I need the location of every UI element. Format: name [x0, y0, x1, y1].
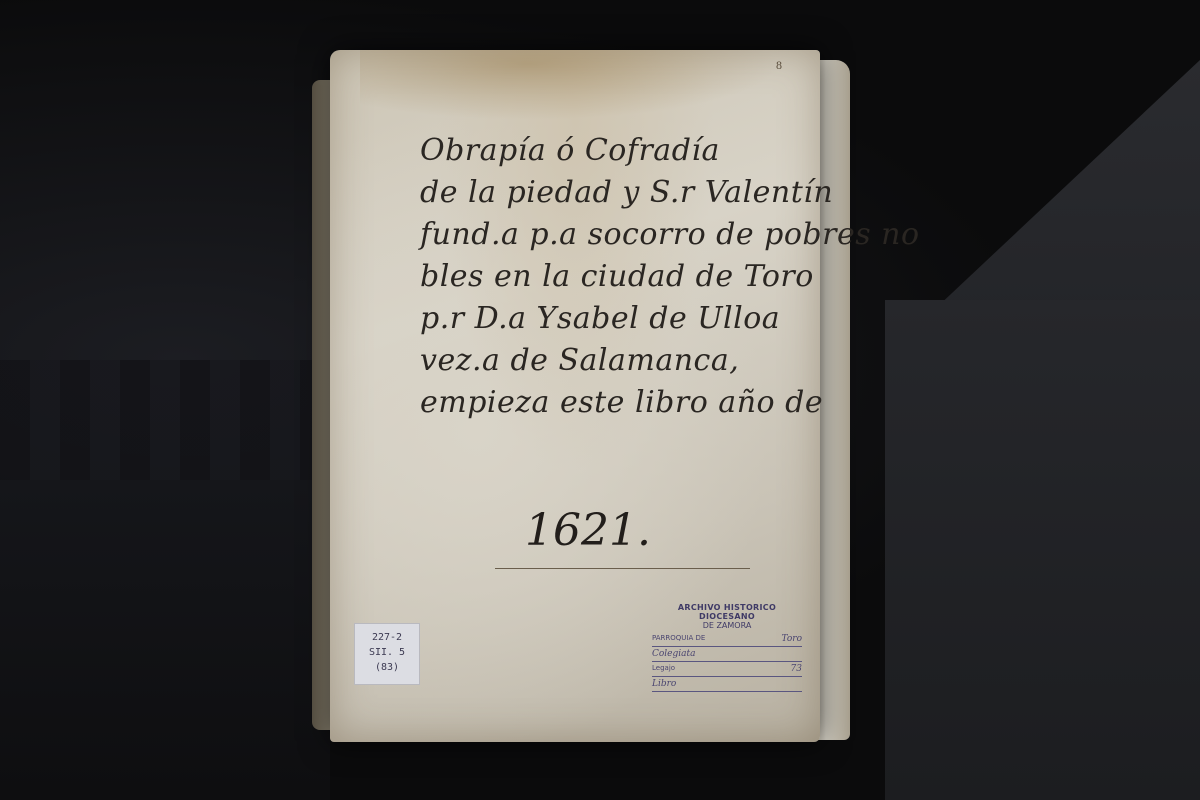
shelf-label-line: 227-2 — [355, 630, 419, 645]
shelf-label-line: SII. 5 — [355, 645, 419, 660]
manuscript-line: Obrapía ó Cofradía — [420, 130, 810, 172]
handwritten-title: Obrapía ó Cofradía de la piedad y S.r Va… — [420, 130, 810, 424]
stamp-row: PARROQUIA DE Toro — [652, 634, 802, 647]
stamp-row-value: Libro — [652, 679, 676, 691]
stamp-title: ARCHIVO HISTORICO DIOCESANO — [652, 603, 802, 621]
stamp-row-label: PARROQUIA DE — [652, 634, 705, 646]
underline-rule — [495, 568, 750, 569]
background-floor — [0, 480, 330, 800]
manuscript-line: de la piedad y S.r Valentín — [420, 172, 810, 214]
shelf-label-line: (83) — [355, 660, 419, 675]
manuscript-line: fund.a p.a socorro de pobres no — [420, 214, 810, 256]
archive-stamp: ARCHIVO HISTORICO DIOCESANO DE ZAMORA PA… — [652, 603, 802, 692]
folio-number: 8 — [776, 58, 782, 73]
stamp-row-value: 73 — [791, 664, 802, 676]
manuscript-line: p.r D.a Ysabel de Ulloa — [420, 298, 810, 340]
stamp-row-value: Toro — [782, 634, 802, 646]
manuscript-line: bles en la ciudad de Toro — [420, 256, 810, 298]
manuscript-line: empieza este libro año de — [420, 382, 810, 424]
water-stain — [360, 50, 780, 120]
manuscript-line: vez.a de Salamanca, — [420, 340, 810, 382]
manuscript-book: 8 Obrapía ó Cofradía de la piedad y S.r … — [330, 50, 850, 742]
stamp-row-value: Colegiata — [652, 649, 696, 661]
background-wall-lower — [885, 300, 1200, 800]
stamp-row: Libro — [652, 679, 802, 692]
stamp-subtitle: DE ZAMORA — [652, 621, 802, 630]
shelf-label: 227-2 SII. 5 (83) — [354, 623, 420, 685]
background-shelf — [0, 360, 330, 480]
stamp-row: Colegiata — [652, 649, 802, 662]
stamp-row-label: Legajo — [652, 664, 675, 676]
stamp-row: Legajo 73 — [652, 664, 802, 677]
manuscript-year: 1621. — [525, 505, 651, 556]
book-cover: 8 Obrapía ó Cofradía de la piedad y S.r … — [330, 50, 820, 742]
